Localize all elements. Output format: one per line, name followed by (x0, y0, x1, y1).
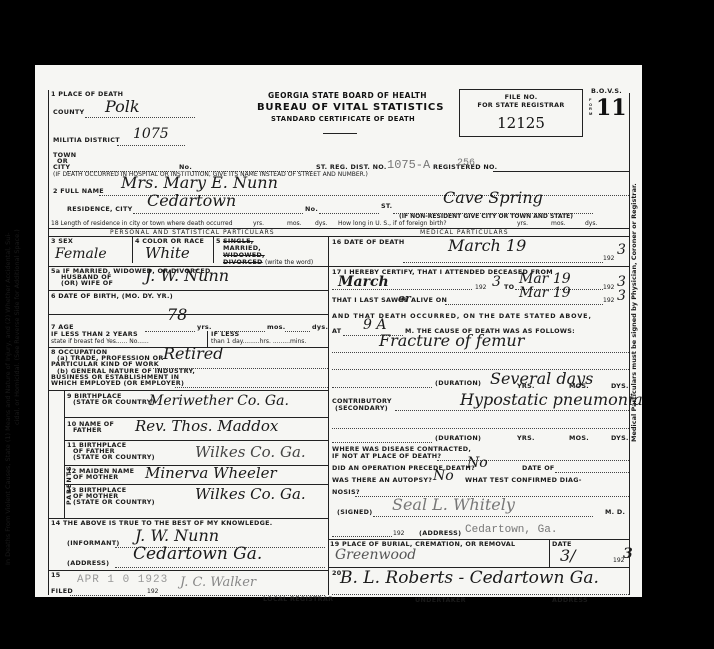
physician-address: Cedartown, Ga. (465, 524, 557, 536)
county-label: COUNTY (53, 109, 84, 116)
burial-place-value: Greenwood (335, 548, 416, 563)
last-seen-year: 3 (617, 289, 626, 304)
birthplace-value: Meriwether Co. Ga. (149, 394, 289, 409)
form-number: 11 (596, 95, 627, 121)
bovs-label: B.O.V.S. (591, 88, 622, 95)
county-value: Polk (105, 99, 140, 114)
attended-from-year: 3 (492, 275, 501, 290)
left-border (48, 90, 49, 595)
cause-of-death-value: Fracture of femur (379, 333, 524, 348)
registrar-signature: J. C. Walker (180, 575, 256, 590)
right-border (629, 93, 630, 595)
contributory-cause-value: Hypostatic pneumonia (460, 392, 643, 407)
street-value: Cave Spring (443, 190, 543, 205)
margin-note-violent-causes: In Deaths From Violent Causes, State (1)… (5, 232, 12, 565)
death-certificate: In Deaths From Violent Causes, State (1)… (35, 65, 642, 597)
personal-section-title: PERSONAL AND STATISTICAL PARTICULARS (110, 229, 275, 236)
father-name-value: Rev. Thos. Maddox (135, 419, 278, 434)
registration-district: 1075-A (387, 158, 430, 172)
operation-value: No (467, 456, 488, 471)
informant-address-value: Cedartown Ga. (133, 547, 262, 562)
margin-note-homicidal: cidal, or Homicidal. (See Reverse Side f… (14, 229, 21, 425)
age-value: 78 (167, 307, 187, 322)
autopsy-value: No (433, 469, 454, 484)
file-number-box: FILE NO. FOR STATE REGISTRAR 12125 (459, 89, 583, 137)
burial-year-value: 3 (623, 547, 633, 562)
full-name-value: Mrs. Mary E. Nunn (121, 175, 278, 190)
death-year-value: 3 (617, 243, 626, 258)
sex-value: Female (55, 247, 107, 262)
medical-section-title: MEDICAL PARTICULARS (420, 229, 509, 236)
registered-number: 256 (457, 158, 475, 169)
certificate-title: STANDARD CERTIFICATE OF DEATH (271, 115, 415, 123)
attended-from-value: March (338, 275, 389, 290)
spouse-value: J. W. Nunn (145, 268, 229, 283)
undertaker-value: B. L. Roberts - Cedartown Ga. (340, 571, 599, 586)
father-birthplace-value: Wilkes Co. Ga. (195, 445, 306, 460)
filed-date-stamp: APR 1 0 1923 (77, 574, 168, 586)
file-number: 12125 (460, 114, 582, 132)
date-of-death-value: March 19 (448, 238, 526, 253)
full-name-label: 2 FULL NAME (53, 188, 104, 195)
burial-date-value: 3/ (560, 548, 576, 563)
form-label: FORM (589, 98, 594, 116)
physician-signature: Seal L. Whitely (392, 497, 515, 512)
board-title: GEORGIA STATE BOARD OF HEALTH (268, 91, 427, 100)
last-seen-date-value: Mar 19 (519, 286, 571, 301)
residence-city-value: Cedartown (147, 193, 236, 208)
militia-district-label: MILITIA DISTRICT (53, 137, 120, 144)
mother-birthplace-value: Wilkes Co. Ga. (195, 487, 306, 502)
occupation-value: Retired (163, 346, 223, 361)
column-divider (328, 236, 329, 595)
bureau-title: BUREAU OF VITAL STATISTICS (257, 102, 444, 113)
militia-district-value: 1075 (133, 127, 169, 142)
informant-value: J. W. Nunn (135, 528, 219, 543)
mother-name-value: Minerva Wheeler (145, 466, 277, 481)
race-value: White (145, 246, 190, 261)
